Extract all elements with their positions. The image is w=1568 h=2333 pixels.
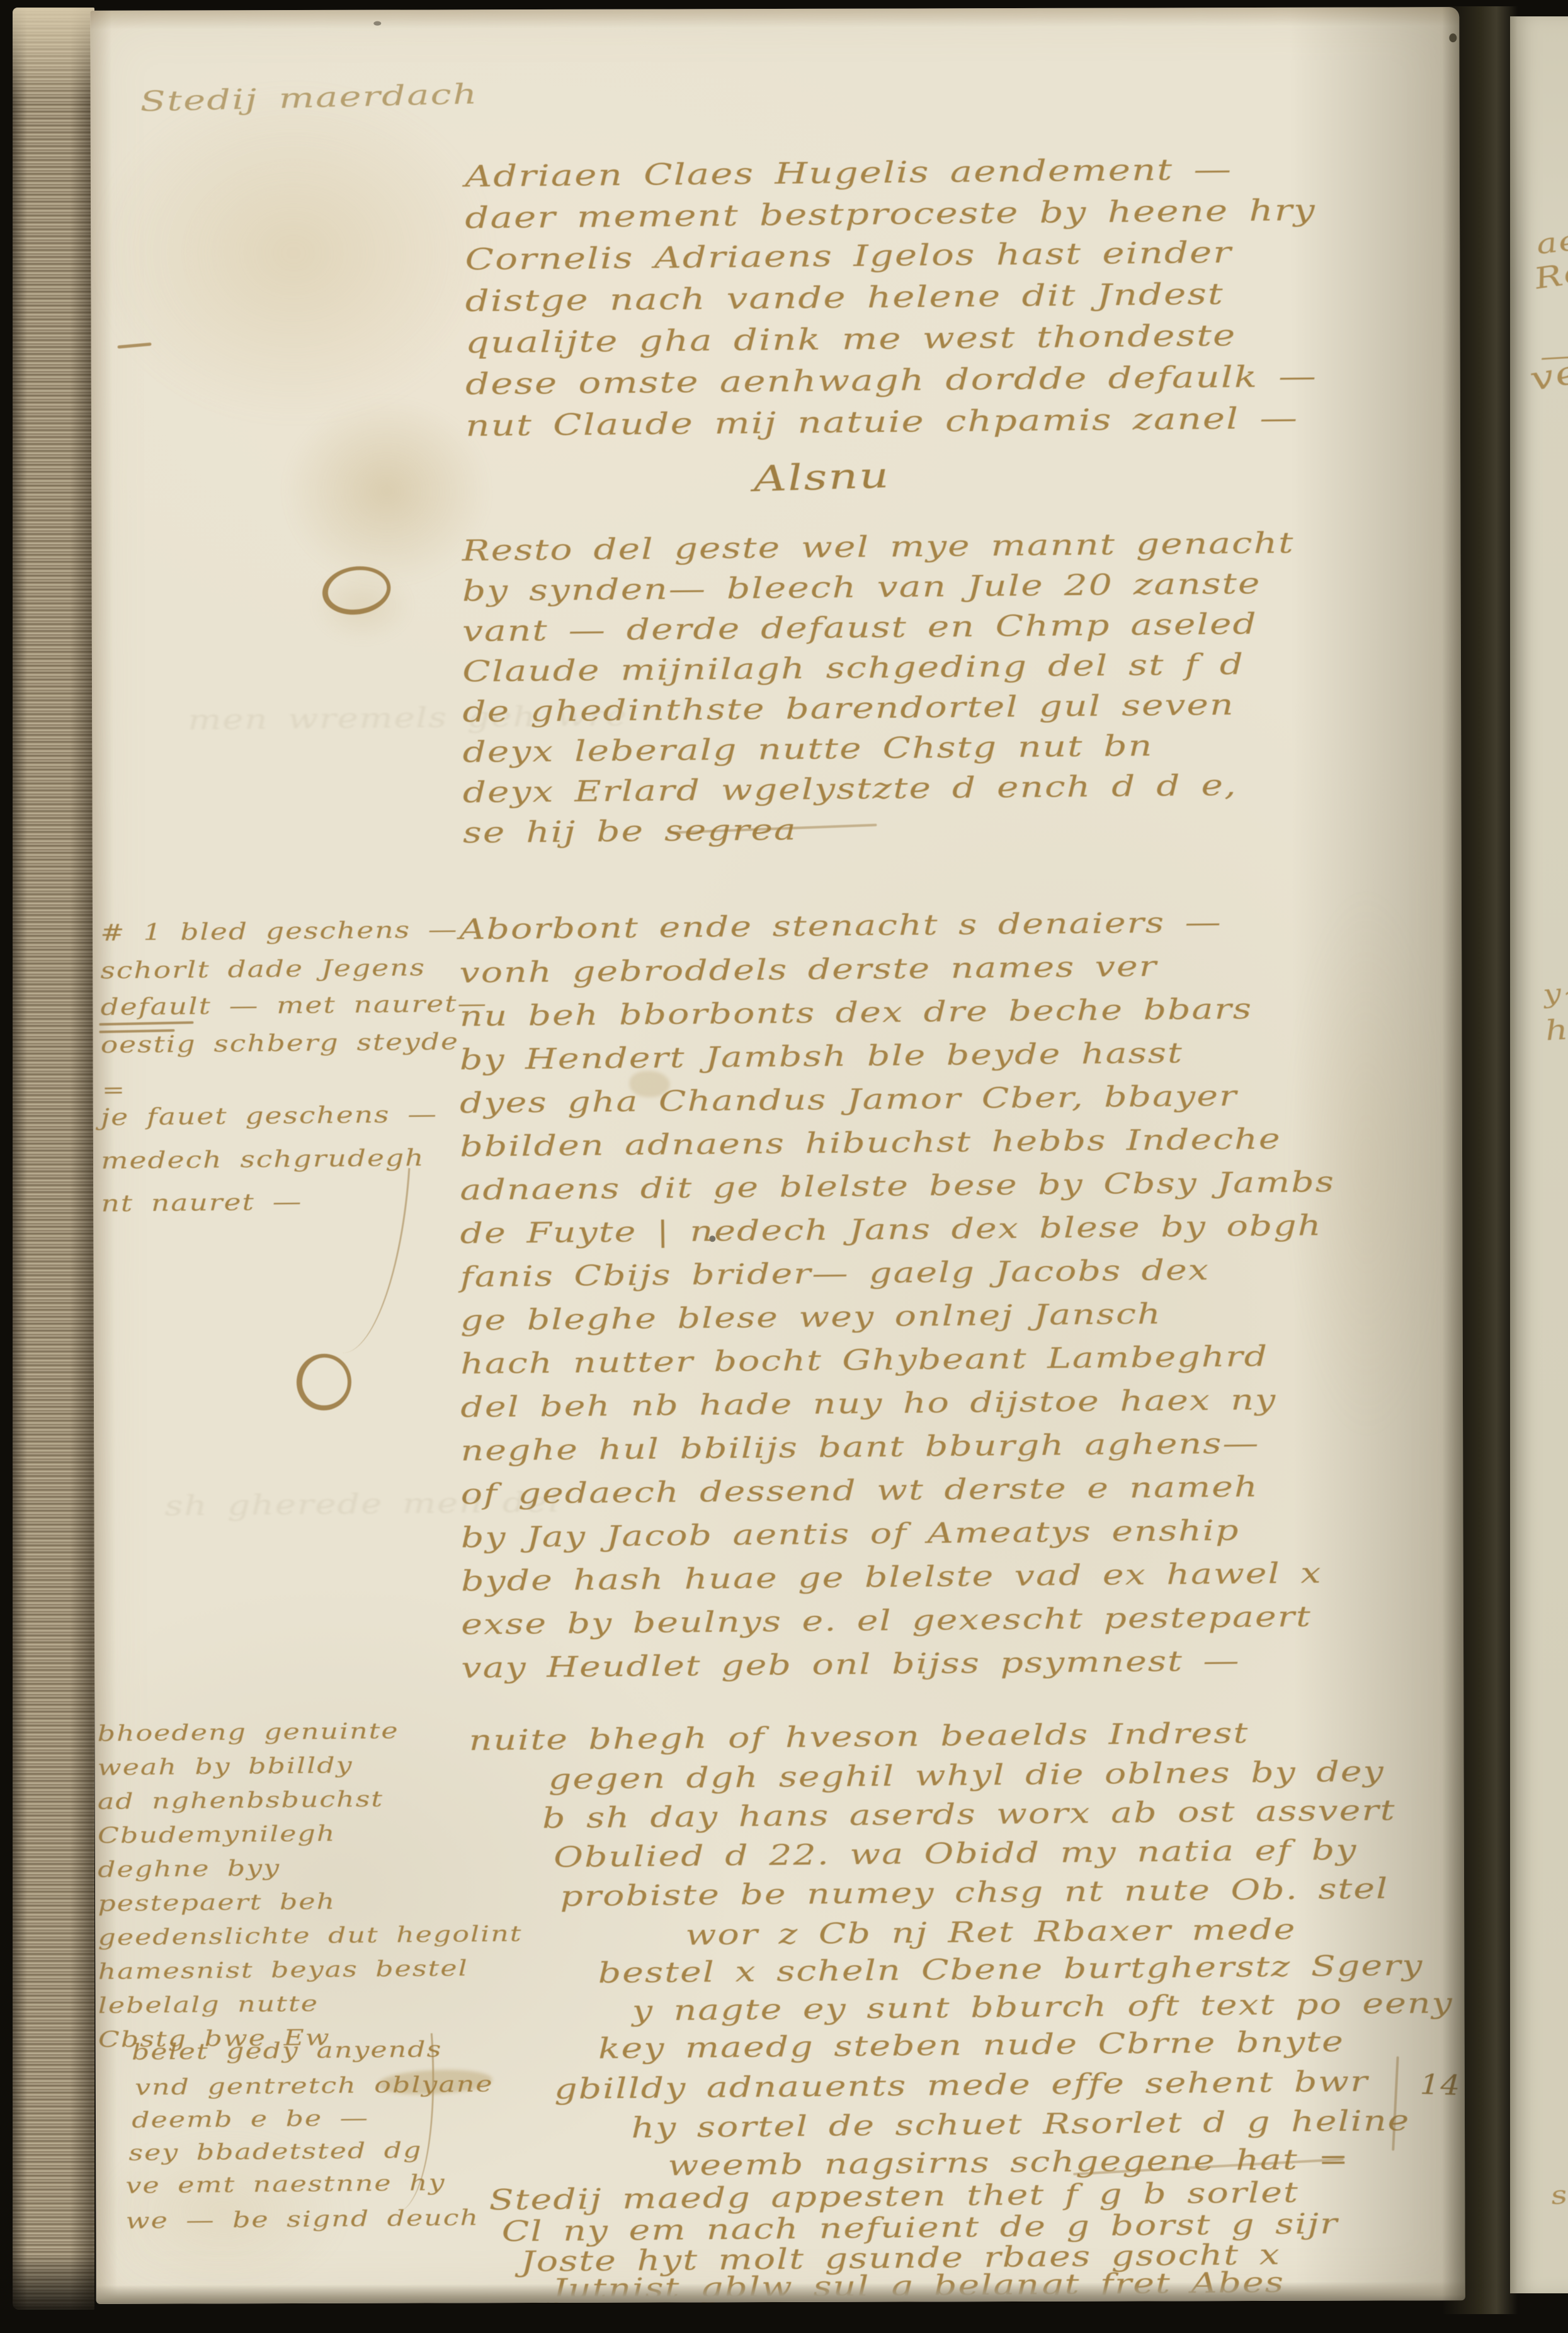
section-heading: Alsnu [753, 458, 890, 497]
page-header-annotation: Stedij maerdach [140, 81, 479, 116]
facing-page-script-fragment: s [1549, 2183, 1568, 2209]
page-top-shadow [90, 7, 1459, 30]
manuscript-photo: Adriaen Claes Hugelis aendement —daer me… [0, 0, 1568, 2333]
page-gutter-shadow [1289, 7, 1465, 2301]
facing-page-script-fragment: ae [1534, 227, 1568, 259]
book-fore-edge [13, 8, 94, 2310]
page-bottom-edge [96, 2281, 1465, 2304]
facing-page-script-fragment: ve [1526, 356, 1568, 396]
facing-page-script-fragment: y~ [1542, 979, 1568, 1008]
named-lines-layer: Stedij maerdach Alsnu 14 [90, 7, 1465, 2304]
book-gutter [1442, 6, 1518, 2314]
facing-page-edge: aeRe—vey~hs [1510, 16, 1568, 2293]
facing-page-script-fragment: h [1544, 1016, 1568, 1045]
facing-page-script-fragment: Re [1531, 258, 1568, 293]
facing-page-fragments-layer: aeRe—vey~hs [1510, 16, 1568, 2293]
manuscript-page: Adriaen Claes Hugelis aendement —daer me… [90, 7, 1465, 2304]
